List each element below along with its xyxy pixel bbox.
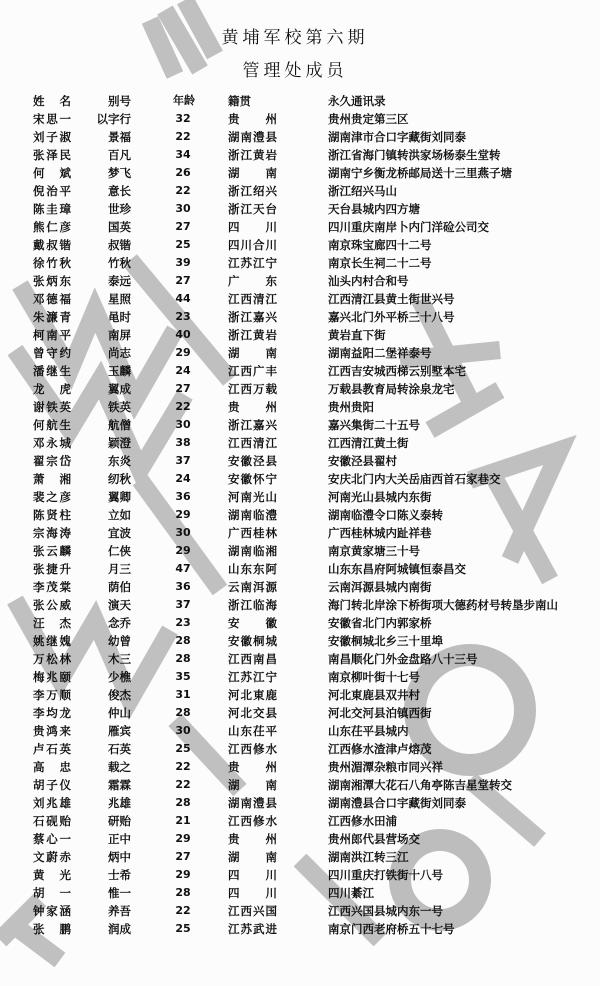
cell-name: 李均龙 [33,704,71,722]
cell-name: 柯南平 [33,326,71,344]
table-row: 胡子仪霜霖22湖南湖南湘潭大花石八角亭陈吉星堂转交 [0,776,600,794]
cell-name: 贵鸿来 [33,722,71,740]
table-row: 梅兆颐少樵35江苏江宁南京柳叶街十七号 [0,668,600,686]
cell-alias: 颖澄 [93,434,131,452]
table-row: 潘继生玉麟24江西广丰江西吉安城西梯云别墅本宅 [0,362,600,380]
cell-address: 江西清江黄土街 [328,434,409,452]
cell-name: 万松林 [33,650,71,668]
cell-alias: 意长 [93,182,131,200]
table-row: 钟家涵养吾22江西兴国江西兴国县城内东一号 [0,902,600,920]
cell-address: 江西修水渣津卢熔茂 [328,740,432,758]
table-row: 文蔚赤炳中27湖南湖南洪江转三江 [0,848,600,866]
cell-name: 张云麟 [33,542,71,560]
cell-name: 倪治平 [33,182,71,200]
cell-origin: 山东东阿 [228,560,277,578]
cell-origin: 湖南 [228,776,277,794]
table-row: 萧湘纫秋24安徽怀宁安庆北门内大关岳庙西首石家巷交 [0,470,600,488]
cell-origin: 江西清江 [228,434,277,452]
cell-name: 何航生 [33,416,71,434]
cell-origin: 江西万载 [228,380,277,398]
cell-age: 23 [173,308,193,326]
cell-age: 28 [173,794,193,812]
table-row: 李茂棠荫伯36云南洱源云南洱源县城内南街 [0,578,600,596]
table-row: 何斌梦飞26湖南湖南宁乡衡龙桥邮局送十三里燕子塘 [0,164,600,182]
cell-name: 钟家涵 [33,902,71,920]
cell-age: 27 [173,848,193,866]
table-row: 朱濂青黾时23浙江嘉兴嘉兴北门外平桥三十八号 [0,308,600,326]
cell-age: 21 [173,812,193,830]
cell-alias: 荫伯 [93,578,131,596]
cell-address: 江西吉安城西梯云别墅本宅 [328,362,466,380]
cell-origin: 浙江黄岩 [228,326,277,344]
cell-address: 四川重庆南岸卜内门洋硷公司交 [328,218,489,236]
table-row: 龙虎翼成27江西万载万载县教育局转涂泉龙宅 [0,380,600,398]
cell-alias: 星照 [93,290,131,308]
cell-origin: 浙江临海 [228,596,277,614]
table-row: 何航生航僧30浙江嘉兴嘉兴集街二十五号 [0,416,600,434]
cell-alias: 养吾 [93,902,131,920]
cell-age: 35 [173,668,193,686]
table-row: 卢石英石英25江西修水江西修水渣津卢熔茂 [0,740,600,758]
cell-age: 22 [173,398,193,416]
cell-alias: 正中 [93,830,131,848]
cell-name: 汪杰 [33,614,71,632]
cell-alias: 月三 [93,560,131,578]
cell-address: 天台县城内四方塘 [328,200,420,218]
cell-age: 22 [173,128,193,146]
roster-table: 姓名 别号 年龄 籍贯 永久通讯录 宋思一以字行32贵州贵州贵定第三区刘子淑景福… [0,92,600,938]
cell-alias: 翼卿 [93,488,131,506]
cell-address: 黄岩直下街 [328,326,386,344]
cell-origin: 河北東鹿 [228,686,277,704]
cell-origin: 江西清江 [228,290,277,308]
cell-age: 37 [173,596,193,614]
cell-address: 四川綦江 [328,884,374,902]
table-row: 刘子淑景福22湖南澧县湖南津市合口字藏街刘同泰 [0,128,600,146]
cell-origin: 江苏江宁 [228,254,277,272]
cell-name: 萧湘 [33,470,71,488]
table-row: 李万顺俊杰31河北東鹿河北東鹿县双井村 [0,686,600,704]
cell-address: 安庆北门内大关岳庙西首石家巷交 [328,470,501,488]
cell-alias: 立如 [93,506,131,524]
cell-address: 云南洱源县城内南街 [328,578,432,596]
cell-address: 山东茌平县城内 [328,722,409,740]
table-row: 邓永城颖澄38江西清江江西清江黄土街 [0,434,600,452]
cell-alias: 幼曾 [93,632,131,650]
cell-age: 25 [173,920,193,938]
cell-name: 梅兆颐 [33,668,71,686]
table-row: 石砚贻研贻21江西修水江西修水田浦 [0,812,600,830]
cell-name: 李万顺 [33,686,71,704]
table-row: 张云麟仁侠29湖南临湘南京黄家塘三十号 [0,542,600,560]
cell-name: 龙虎 [33,380,71,398]
cell-age: 40 [173,326,193,344]
cell-address: 江西修水田浦 [328,812,397,830]
cell-address: 安徽泾县翟村 [328,452,397,470]
cell-alias: 炳中 [93,848,131,866]
cell-address: 汕头内村合和号 [328,272,409,290]
cell-age: 26 [173,164,193,182]
cell-name: 石砚贻 [33,812,71,830]
cell-origin: 广东 [228,272,277,290]
cell-age: 28 [173,884,193,902]
cell-alias: 雁宾 [93,722,131,740]
cell-age: 22 [173,758,193,776]
cell-address: 山东东昌府阿城镇恒泰昌交 [328,560,466,578]
cell-address: 海门转北岸涂下桥街项大德药材号转垦步南山 [328,596,558,614]
cell-origin: 湖南 [228,848,277,866]
table-body: 宋思一以字行32贵州贵州贵定第三区刘子淑景福22湖南澧县湖南津市合口字藏街刘同泰… [0,110,600,938]
cell-address: 湖南澧县合口宇藏街刘同泰 [328,794,466,812]
cell-age: 27 [173,380,193,398]
cell-age: 36 [173,578,193,596]
table-row: 徐竹秋竹秋39江苏江宁南京长生祠二十二号 [0,254,600,272]
cell-address: 湖南宁乡衡龙桥邮局送十三里燕子塘 [328,164,512,182]
cell-name: 邓永城 [33,434,71,452]
cell-alias: 润成 [93,920,131,938]
cell-alias: 纫秋 [93,470,131,488]
cell-origin: 江西广丰 [228,362,277,380]
cell-alias: 石英 [93,740,131,758]
table-row: 宋思一以字行32贵州贵州贵定第三区 [0,110,600,128]
cell-age: 29 [173,344,193,362]
cell-name: 蔡心一 [33,830,71,848]
cell-alias: 竹秋 [93,254,131,272]
table-row: 张炳东泰远27广东汕头内村合和号 [0,272,600,290]
cell-age: 25 [173,740,193,758]
header-origin: 籍贯 [228,92,251,110]
table-row: 宗海涛宜波30广西桂林广西桂林城内趾祥巷 [0,524,600,542]
cell-name: 徐竹秋 [33,254,71,272]
cell-address: 万载县教育局转涂泉龙宅 [328,380,455,398]
table-row: 汪杰念乔23安徽安徽省北门内郭家桥 [0,614,600,632]
cell-alias: 景福 [93,128,131,146]
cell-address: 贵州贵定第三区 [328,110,409,128]
cell-name: 胡一 [33,884,71,902]
cell-name: 李茂棠 [33,578,71,596]
cell-name: 姚继媿 [33,632,71,650]
cell-age: 34 [173,146,193,164]
cell-origin: 贵州 [228,830,277,848]
cell-age: 22 [173,182,193,200]
cell-origin: 河北交县 [228,704,277,722]
cell-alias: 仁侠 [93,542,131,560]
table-row: 张捷升月三47山东东阿山东东昌府阿城镇恒泰昌交 [0,560,600,578]
cell-age: 47 [173,560,193,578]
cell-name: 裴之彦 [33,488,71,506]
cell-name: 翟宗岱 [33,452,71,470]
header-address: 永久通讯录 [328,92,386,110]
table-row: 戴叔锴叔锴25四川合川南京珠宝廊四十二号 [0,236,600,254]
cell-origin: 江西修水 [228,812,277,830]
header-alias: 别号 [93,92,131,110]
cell-address: 湖南益阳二堡祥泰号 [328,344,432,362]
cell-alias: 南屏 [93,326,131,344]
cell-alias: 兆雄 [93,794,131,812]
cell-origin: 四川 [228,884,277,902]
cell-name: 曾守约 [33,344,71,362]
cell-address: 贵州贵阳 [328,398,374,416]
cell-alias: 泰远 [93,272,131,290]
cell-name: 潘继生 [33,362,71,380]
cell-age: 23 [173,614,193,632]
cell-age: 29 [173,542,193,560]
cell-name: 高忠 [33,758,71,776]
cell-origin: 浙江天台 [228,200,277,218]
cell-age: 27 [173,218,193,236]
cell-alias: 念乔 [93,614,131,632]
cell-alias: 研贻 [93,812,131,830]
cell-alias: 铁英 [93,398,131,416]
cell-origin: 贵州 [228,758,277,776]
cell-name: 张泽民 [33,146,71,164]
cell-alias: 仲山 [93,704,131,722]
cell-age: 32 [173,110,193,128]
cell-address: 南京珠宝廊四十二号 [328,236,432,254]
cell-origin: 山东茌平 [228,722,277,740]
cell-age: 27 [173,272,193,290]
cell-address: 湖南洪江转三江 [328,848,409,866]
cell-alias: 翼成 [93,380,131,398]
cell-alias: 霜霖 [93,776,131,794]
cell-origin: 云南洱源 [228,578,277,596]
cell-address: 广西桂林城内趾祥巷 [328,524,432,542]
table-row: 万松林木三28江西南昌南昌顺化门外金盘路八十三号 [0,650,600,668]
cell-alias: 东炎 [93,452,131,470]
cell-alias: 国英 [93,218,131,236]
cell-age: 24 [173,470,193,488]
cell-alias: 俊杰 [93,686,131,704]
table-row: 倪治平意长22浙江绍兴浙江绍兴马山 [0,182,600,200]
cell-origin: 安徽怀宁 [228,470,277,488]
table-row: 张公威演天37浙江临海海门转北岸涂下桥街项大德药材号转垦步南山 [0,596,600,614]
cell-origin: 贵州 [228,110,277,128]
cell-address: 安徽桐城北乡三十里埠 [328,632,443,650]
cell-name: 宋思一 [33,110,71,128]
table-row: 裴之彦翼卿36河南光山河南光山县城内东街 [0,488,600,506]
cell-age: 44 [173,290,193,308]
cell-age: 30 [173,722,193,740]
header-name: 姓名 [33,92,71,110]
cell-address: 安徽省北门内郭家桥 [328,614,432,632]
cell-origin: 浙江绍兴 [228,182,277,200]
table-row: 黄光士希29四川四川重庆打铁街十八号 [0,866,600,884]
cell-age: 29 [173,830,193,848]
table-row: 熊仁彦国英27四川四川重庆南岸卜内门洋硷公司交 [0,218,600,236]
cell-alias: 木三 [93,650,131,668]
cell-age: 28 [173,650,193,668]
cell-name: 张炳东 [33,272,71,290]
cell-name: 宗海涛 [33,524,71,542]
cell-origin: 湖南临澧 [228,506,277,524]
cell-address: 河北東鹿县双井村 [328,686,420,704]
cell-name: 谢铁英 [33,398,71,416]
cell-name: 张公威 [33,596,71,614]
cell-age: 31 [173,686,193,704]
cell-age: 22 [173,902,193,920]
cell-age: 22 [173,776,193,794]
cell-address: 湖南临澧令口陈义泰转 [328,506,443,524]
table-header: 姓名 别号 年龄 籍贯 永久通讯录 [0,92,600,110]
cell-address: 南京门西老府桥五十七号 [328,920,455,938]
cell-alias: 载之 [93,758,131,776]
cell-name: 何斌 [33,164,71,182]
header-age: 年龄 [170,92,198,110]
cell-age: 29 [173,506,193,524]
cell-age: 38 [173,434,193,452]
cell-age: 30 [173,416,193,434]
table-row: 张泽民百凡34浙江黄岩浙江省海门镇转洪家场杨泰生堂转 [0,146,600,164]
table-row: 陈贤柱立如29湖南临澧湖南临澧令口陈义泰转 [0,506,600,524]
table-row: 张鹏润成25江苏武进南京门西老府桥五十七号 [0,920,600,938]
cell-alias: 尚志 [93,344,131,362]
cell-origin: 江苏江宁 [228,668,277,686]
cell-age: 28 [173,632,193,650]
cell-origin: 湖南澧县 [228,794,277,812]
cell-age: 24 [173,362,193,380]
cell-alias: 百凡 [93,146,131,164]
cell-origin: 江西修水 [228,740,277,758]
cell-address: 南京柳叶街十七号 [328,668,420,686]
cell-origin: 广西桂林 [228,524,277,542]
cell-origin: 浙江嘉兴 [228,416,277,434]
cell-name: 刘子淑 [33,128,71,146]
cell-address: 湖南津市合口字藏街刘同泰 [328,128,466,146]
table-row: 蔡心一正中29贵州贵州郎代县营场交 [0,830,600,848]
cell-name: 刘兆雄 [33,794,71,812]
cell-age: 39 [173,254,193,272]
cell-alias: 少樵 [93,668,131,686]
table-row: 陈圭璋世珍30浙江天台天台县城内四方塘 [0,200,600,218]
cell-name: 戴叔锴 [33,236,71,254]
table-row: 刘兆雄兆雄28湖南澧县湖南澧县合口宇藏街刘同泰 [0,794,600,812]
table-row: 柯南平南屏40浙江黄岩黄岩直下街 [0,326,600,344]
cell-alias: 世珍 [93,200,131,218]
cell-age: 28 [173,704,193,722]
cell-age: 29 [173,866,193,884]
cell-origin: 湖南临湘 [228,542,277,560]
cell-name: 陈贤柱 [33,506,71,524]
cell-origin: 安徽泾县 [228,452,277,470]
cell-address: 浙江绍兴马山 [328,182,397,200]
cell-alias: 演天 [93,596,131,614]
table-row: 翟宗岱东炎37安徽泾县安徽泾县翟村 [0,452,600,470]
cell-origin: 四川 [228,866,277,884]
table-row: 胡一惟一28四川四川綦江 [0,884,600,902]
cell-alias: 以字行 [93,110,131,128]
cell-name: 卢石英 [33,740,71,758]
cell-address: 南京长生祠二十二号 [328,254,432,272]
cell-alias: 叔锴 [93,236,131,254]
cell-address: 南昌顺化门外金盘路八十三号 [328,650,478,668]
document-subtitle: 管理处成员 [0,56,595,81]
cell-address: 南京黄家塘三十号 [328,542,420,560]
table-row: 高忠载之22贵州贵州湄潭杂粮市同兴祥 [0,758,600,776]
cell-address: 江西兴国县城内东一号 [328,902,443,920]
cell-alias: 宜波 [93,524,131,542]
cell-age: 36 [173,488,193,506]
cell-alias: 航僧 [93,416,131,434]
table-row: 邓德福星照44江西清江江西清江县黄土街世兴号 [0,290,600,308]
cell-address: 浙江省海门镇转洪家场杨泰生堂转 [328,146,501,164]
cell-address: 河南光山县城内东街 [328,488,432,506]
cell-alias: 梦飞 [93,164,131,182]
cell-name: 陈圭璋 [33,200,71,218]
cell-origin: 河南光山 [228,488,277,506]
table-row: 姚继媿幼曾28安徽桐城安徽桐城北乡三十里埠 [0,632,600,650]
cell-origin: 江苏武进 [228,920,277,938]
cell-alias: 玉麟 [93,362,131,380]
cell-origin: 安徽桐城 [228,632,277,650]
cell-origin: 四川合川 [228,236,277,254]
cell-name: 张鹏 [33,920,71,938]
cell-alias: 惟一 [93,884,131,902]
cell-address: 嘉兴集街二十五号 [328,416,420,434]
cell-origin: 浙江嘉兴 [228,308,277,326]
cell-name: 黄光 [33,866,71,884]
cell-name: 熊仁彦 [33,218,71,236]
cell-age: 25 [173,236,193,254]
cell-origin: 四川 [228,218,277,236]
cell-address: 嘉兴北门外平桥三十八号 [328,308,455,326]
table-row: 谢铁英铁英22贵州贵州贵阳 [0,398,600,416]
cell-address: 贵州郎代县营场交 [328,830,420,848]
table-row: 曾守约尚志29湖南湖南益阳二堡祥泰号 [0,344,600,362]
cell-address: 四川重庆打铁街十八号 [328,866,443,884]
cell-address: 江西清江县黄土街世兴号 [328,290,455,308]
cell-name: 胡子仪 [33,776,71,794]
cell-alias: 士希 [93,866,131,884]
cell-origin: 湖南 [228,344,277,362]
table-row: 李均龙仲山28河北交县河北交河县泊镇西街 [0,704,600,722]
cell-name: 张捷升 [33,560,71,578]
cell-origin: 江西南昌 [228,650,277,668]
cell-name: 文蔚赤 [33,848,71,866]
cell-origin: 安徽 [228,614,277,632]
cell-origin: 湖南 [228,164,277,182]
cell-address: 湖南湘潭大花石八角亭陈吉星堂转交 [328,776,512,794]
table-row: 贵鸿来雁宾30山东茌平山东茌平县城内 [0,722,600,740]
cell-address: 贵州湄潭杂粮市同兴祥 [328,758,443,776]
cell-alias: 黾时 [93,308,131,326]
cell-age: 30 [173,200,193,218]
cell-age: 37 [173,452,193,470]
cell-origin: 浙江黄岩 [228,146,277,164]
cell-name: 朱濂青 [33,308,71,326]
cell-origin: 江西兴国 [228,902,277,920]
cell-name: 邓德福 [33,290,71,308]
cell-origin: 贵州 [228,398,277,416]
cell-origin: 湖南澧县 [228,128,277,146]
document-title: 黄埔军校第六期 [0,23,595,48]
cell-address: 河北交河县泊镇西街 [328,704,432,722]
cell-age: 30 [173,524,193,542]
